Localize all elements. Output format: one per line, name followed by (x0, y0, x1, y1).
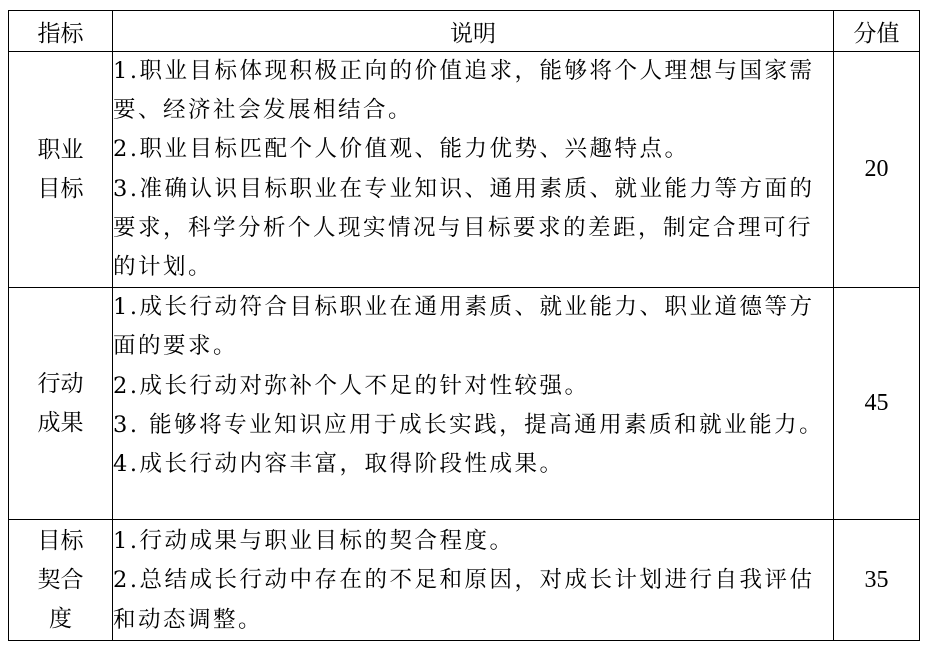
table-row-career-goal: 职业 目标 1.职业目标体现积极正向的价值追求，能够将个人理想与国家需要、经济社… (9, 52, 920, 288)
description-cell: 1.成长行动符合目标职业在通用素质、就业能力、职业道德等方面的要求。 2.成长行… (113, 288, 834, 520)
criteria-item: 2.职业目标匹配个人价值观、能力优势、兴趣特点。 (113, 130, 833, 169)
criteria-item: 2.成长行动对弥补个人不足的针对性较强。 (113, 367, 833, 406)
indicator-label: 度 (9, 600, 112, 639)
scoring-criteria-table: 指标 说明 分值 职业 目标 1.职业目标体现积极正向的价值追求，能够将个人理想… (8, 10, 920, 641)
criteria-item: 3. 能够将专业知识应用于成长实践，提高通用素质和就业能力。 (113, 406, 833, 445)
indicator-label: 行动 (9, 365, 112, 404)
description-cell: 1.职业目标体现积极正向的价值追求，能够将个人理想与国家需要、经济社会发展相结合… (113, 52, 834, 288)
header-indicator: 指标 (9, 11, 113, 52)
indicator-label: 目标 (9, 170, 112, 209)
indicator-label: 目标 (9, 522, 112, 561)
score-cell: 45 (834, 288, 920, 520)
criteria-item: 1.职业目标体现积极正向的价值追求，能够将个人理想与国家需要、经济社会发展相结合… (113, 52, 833, 130)
indicator-cell: 职业 目标 (9, 52, 113, 288)
description-cell: 1.行动成果与职业目标的契合程度。 2.总结成长行动中存在的不足和原因，对成长计… (113, 520, 834, 641)
indicator-cell: 行动 成果 (9, 288, 113, 520)
indicator-label: 契合 (9, 561, 112, 600)
header-score: 分值 (834, 11, 920, 52)
criteria-item: 2.总结成长行动中存在的不足和原因，对成长计划进行自我评估和动态调整。 (113, 561, 833, 639)
score-cell: 20 (834, 52, 920, 288)
table-row-goal-fit: 目标 契合 度 1.行动成果与职业目标的契合程度。 2.总结成长行动中存在的不足… (9, 520, 920, 641)
header-description: 说明 (113, 11, 834, 52)
header-row: 指标 说明 分值 (9, 11, 920, 52)
score-cell: 35 (834, 520, 920, 641)
criteria-item: 1.成长行动符合目标职业在通用素质、就业能力、职业道德等方面的要求。 (113, 288, 833, 366)
indicator-label: 成果 (9, 404, 112, 443)
criteria-item: 4.成长行动内容丰富，取得阶段性成果。 (113, 445, 833, 484)
criteria-item: 1.行动成果与职业目标的契合程度。 (113, 522, 833, 561)
criteria-item: 3.准确认识目标职业在专业知识、通用素质、就业能力等方面的要求，科学分析个人现实… (113, 170, 833, 288)
table-row-action-results: 行动 成果 1.成长行动符合目标职业在通用素质、就业能力、职业道德等方面的要求。… (9, 288, 920, 520)
indicator-label: 职业 (9, 131, 112, 170)
indicator-cell: 目标 契合 度 (9, 520, 113, 641)
